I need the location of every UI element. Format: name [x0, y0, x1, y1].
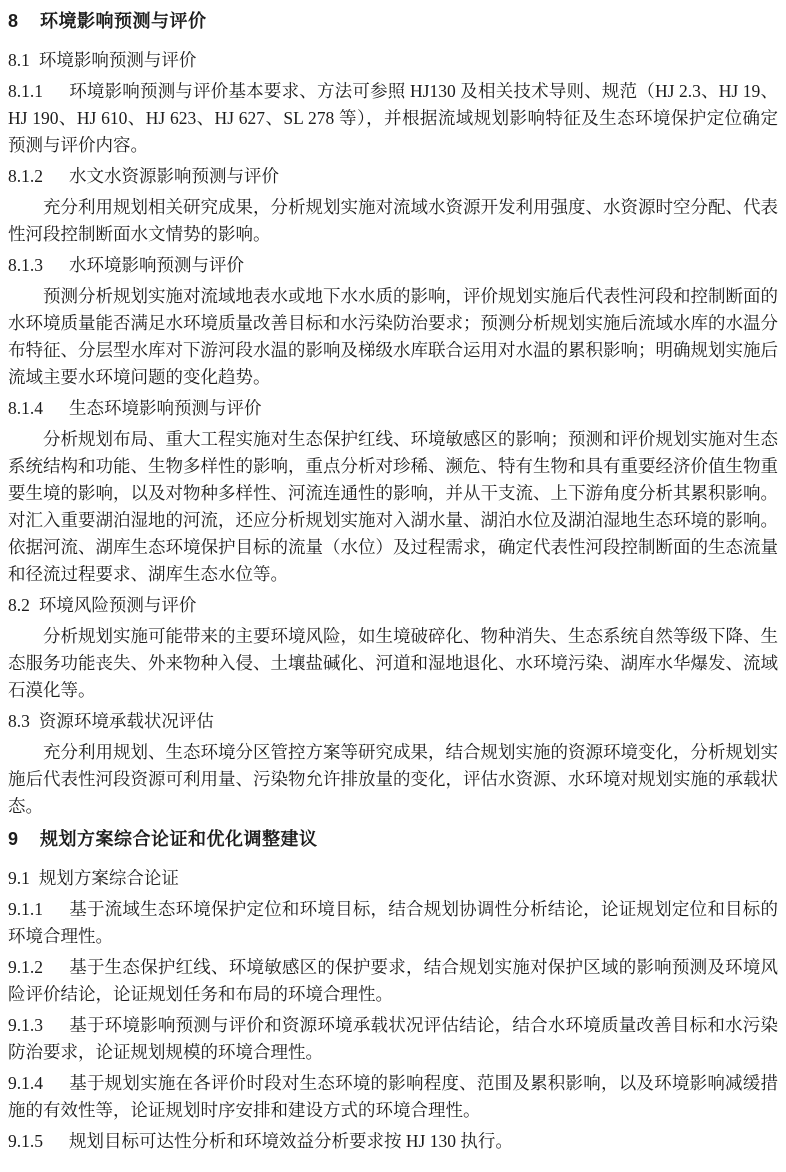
- section-8.2: 8.2环境风险预测与评价: [8, 592, 778, 619]
- document-body: 8环境影响预测与评价8.1环境影响预测与评价8.1.1环境影响预测与评价基本要求…: [8, 8, 778, 1155]
- chapter-9: 9规划方案综合论证和优化调整建议: [8, 826, 778, 853]
- body-text: 预测分析规划实施对流域地表水或地下水水质的影响，评价规划实施后代表性河段和控制断…: [8, 286, 778, 387]
- heading-text: 水环境影响预测与评价: [69, 255, 244, 275]
- paragraph-p6: 预测分析规划实施对流域地表水或地下水水质的影响，评价规划实施后代表性河段和控制断…: [8, 283, 778, 391]
- subsection-8.1.2: 8.1.2水文水资源影响预测与评价: [8, 163, 778, 190]
- clause-number: 8.1.1: [8, 81, 43, 101]
- clause-9.1.1: 9.1.1基于流域生态环境保护定位和环境目标，结合规划协调性分析结论，论证规划定…: [8, 896, 778, 950]
- clause-number: 9.1.5: [8, 1131, 43, 1151]
- body-text: 规划目标可达性分析和环境效益分析要求按 HJ 130 执行。: [69, 1131, 513, 1151]
- section-9.1: 9.1规划方案综合论证: [8, 865, 778, 892]
- clause-number: 9.1.2: [8, 957, 43, 977]
- clause-number: 9.1: [8, 868, 30, 888]
- heading-text: 资源环境承载状况评估: [39, 711, 214, 731]
- section-8.3: 8.3资源环境承载状况评估: [8, 708, 778, 735]
- clause-number: 8: [8, 8, 40, 35]
- paragraph-p8: 分析规划布局、重大工程实施对生态保护红线、环境敏感区的影响；预测和评价规划实施对…: [8, 426, 778, 588]
- clause-number: 8.1.2: [8, 166, 43, 186]
- clause-9.1.3: 9.1.3基于环境影响预测与评价和资源环境承载状况评估结论，结合水环境质量改善目…: [8, 1012, 778, 1066]
- clause-number: 8.1.3: [8, 255, 43, 275]
- heading-text: 环境影响预测与评价: [39, 50, 197, 70]
- clause-number: 8.1.4: [8, 398, 43, 418]
- chapter-8: 8环境影响预测与评价: [8, 8, 778, 35]
- clause-8.1.1: 8.1.1环境影响预测与评价基本要求、方法可参照 HJ130 及相关技术导则、规…: [8, 78, 778, 159]
- heading-text: 水文水资源影响预测与评价: [69, 166, 279, 186]
- clause-9.1.2: 9.1.2基于生态保护红线、环境敏感区的保护要求，结合规划实施对保护区域的影响预…: [8, 954, 778, 1008]
- paragraph-p4: 充分利用规划相关研究成果，分析规划实施对流域水资源开发利用强度、水资源时空分配、…: [8, 194, 778, 248]
- heading-text: 环境影响预测与评价: [40, 11, 207, 31]
- paragraph-p12: 充分利用规划、生态环境分区管控方案等研究成果，结合规划实施的资源环境变化，分析规…: [8, 739, 778, 820]
- clause-9.1.4: 9.1.4基于规划实施在各评价时段对生态环境的影响程度、范围及累积影响，以及环境…: [8, 1070, 778, 1124]
- heading-text: 规划方案综合论证和优化调整建议: [40, 829, 318, 849]
- subsection-8.1.4: 8.1.4生态环境影响预测与评价: [8, 395, 778, 422]
- clause-number: 9.1.3: [8, 1015, 43, 1035]
- paragraph-p10: 分析规划实施可能带来的主要环境风险，如生境破碎化、物种消失、生态系统自然等级下降…: [8, 623, 778, 704]
- body-text: 分析规划布局、重大工程实施对生态保护红线、环境敏感区的影响；预测和评价规划实施对…: [8, 429, 778, 584]
- subsection-8.1.3: 8.1.3水环境影响预测与评价: [8, 252, 778, 279]
- heading-text: 生态环境影响预测与评价: [69, 398, 262, 418]
- body-text: 充分利用规划、生态环境分区管控方案等研究成果，结合规划实施的资源环境变化，分析规…: [8, 742, 778, 816]
- body-text: 充分利用规划相关研究成果，分析规划实施对流域水资源开发利用强度、水资源时空分配、…: [8, 197, 778, 244]
- section-8.1: 8.1环境影响预测与评价: [8, 47, 778, 74]
- body-text: 环境影响预测与评价基本要求、方法可参照 HJ130 及相关技术导则、规范（HJ …: [8, 81, 778, 155]
- heading-text: 环境风险预测与评价: [39, 595, 197, 615]
- clause-number: 9: [8, 826, 40, 853]
- body-text: 基于环境影响预测与评价和资源环境承载状况评估结论，结合水环境质量改善目标和水污染…: [8, 1015, 778, 1062]
- document-page: 8环境影响预测与评价8.1环境影响预测与评价8.1.1环境影响预测与评价基本要求…: [0, 0, 786, 1172]
- clause-number: 9.1.1: [8, 899, 43, 919]
- body-text: 基于流域生态环境保护定位和环境目标，结合规划协调性分析结论，论证规划定位和目标的…: [8, 899, 778, 946]
- clause-number: 8.2: [8, 595, 30, 615]
- clause-number: 8.3: [8, 711, 30, 731]
- heading-text: 规划方案综合论证: [39, 868, 179, 888]
- body-text: 基于规划实施在各评价时段对生态环境的影响程度、范围及累积影响，以及环境影响减缓措…: [8, 1073, 778, 1120]
- clause-number: 9.1.4: [8, 1073, 43, 1093]
- body-text: 基于生态保护红线、环境敏感区的保护要求，结合规划实施对保护区域的影响预测及环境风…: [8, 957, 778, 1004]
- body-text: 分析规划实施可能带来的主要环境风险，如生境破碎化、物种消失、生态系统自然等级下降…: [8, 626, 778, 700]
- clause-9.1.5: 9.1.5规划目标可达性分析和环境效益分析要求按 HJ 130 执行。: [8, 1128, 778, 1155]
- clause-number: 8.1: [8, 50, 30, 70]
